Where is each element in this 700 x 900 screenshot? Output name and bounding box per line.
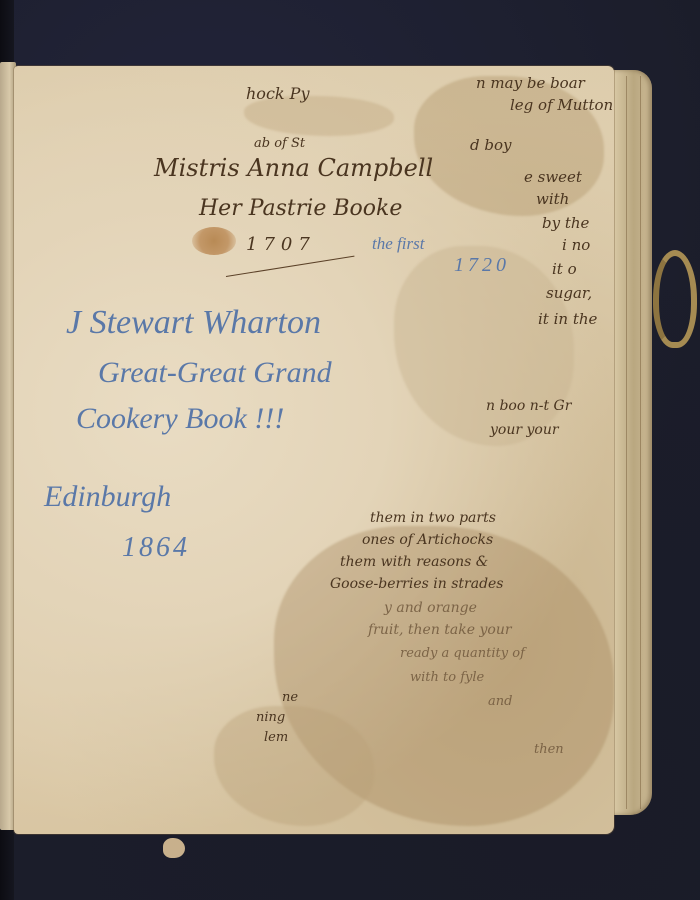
text-line: it o <box>552 260 577 278</box>
ribbon-tab[interactable] <box>653 250 697 348</box>
manuscript-page: hock Py ab of St Mistris Anna Campbell H… <box>14 66 614 834</box>
text-line: ne <box>282 690 298 705</box>
text-line: it in the <box>538 310 597 328</box>
book-year: 1707 <box>246 234 316 255</box>
text-line: ready a quantity of <box>400 646 525 661</box>
book-title: Her Pastrie Booke <box>199 196 402 221</box>
text-line: with to fyle <box>410 670 484 685</box>
blue-note-line3: Cookery Book !!! <box>76 402 284 436</box>
text-line: y and orange <box>384 600 477 616</box>
text-line: Goose-berries in strades <box>330 576 504 592</box>
text-line: your your <box>490 422 559 438</box>
blue-note-line2: Great-Great Grand <box>98 356 332 390</box>
blue-note-line5: 1864 <box>122 532 190 564</box>
text-line: and <box>488 694 512 709</box>
text-line: n boo n-t Gr <box>486 398 571 414</box>
text-line: ones of Artichocks <box>362 532 493 548</box>
text-line: with <box>536 190 569 208</box>
text-line: them in two parts <box>370 510 496 526</box>
text-line: d boy <box>470 136 511 154</box>
text-line: them with reasons & <box>340 554 488 570</box>
paper-fragment <box>163 838 185 858</box>
header-fragment-2: ab of St <box>254 136 305 151</box>
text-line: by the <box>542 214 589 232</box>
text-line: n may be boar <box>476 74 585 92</box>
text-line: e sweet <box>524 168 582 186</box>
text-line: lem <box>264 730 288 745</box>
text-line: ning <box>256 710 285 725</box>
text-line: fruit, then take your <box>368 622 512 638</box>
text-line: leg of Mutton <box>510 96 613 114</box>
year-note: 1720 <box>454 254 510 277</box>
text-line: i no <box>562 236 590 254</box>
blue-note-line4: Edinburgh <box>44 480 171 514</box>
blue-note-line1: J Stewart Wharton <box>66 304 321 342</box>
title-underline <box>226 256 355 277</box>
year-note-prefix: the first <box>372 234 424 254</box>
ink-stain <box>192 227 236 255</box>
owner-name: Mistris Anna Campbell <box>154 154 433 182</box>
text-line: sugar, <box>546 284 592 302</box>
text-line: then <box>534 742 564 757</box>
header-fragment: hock Py <box>246 84 309 103</box>
